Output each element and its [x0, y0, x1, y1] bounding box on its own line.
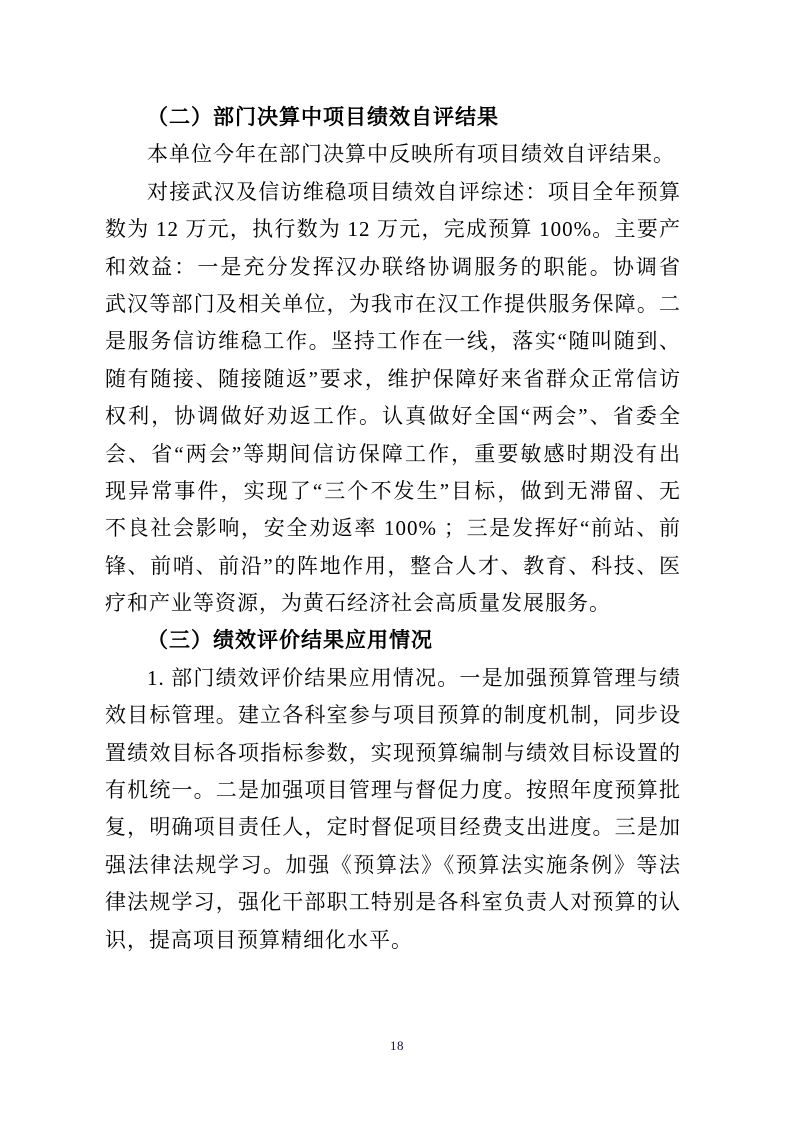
- paragraph-line: 复，明确项目责任人，定时督促项目经费支出进度。三是加: [105, 809, 681, 846]
- paragraph-line: 是服务信访维稳工作。坚持工作在一线，落实“随叫随到、: [105, 323, 681, 360]
- paragraph-line: 本单位今年在部门决算中反映所有项目绩效自评结果。: [105, 136, 681, 173]
- paragraph-line: 效目标管理。建立各科室参与项目预算的制度机制，同步设: [105, 697, 681, 734]
- paragraph-line: 疗和产业等资源，为黄石经济社会高质量发展服务。: [105, 585, 681, 622]
- paragraph-line: 武汉等部门及相关单位，为我市在汉工作提供服务保障。二: [105, 286, 681, 323]
- paragraph-line: 随有随接、随接随返”要求，维护保障好来省群众正常信访: [105, 361, 681, 398]
- paragraph-line: 识，提高项目预算精细化水平。: [105, 922, 681, 959]
- document-page: （二）部门决算中项目绩效自评结果 本单位今年在部门决算中反映所有项目绩效自评结果…: [0, 0, 794, 1123]
- paragraph-line: 锋、前哨、前沿”的阵地作用，整合人才、教育、科技、医: [105, 548, 681, 585]
- page-number: 18: [0, 1038, 794, 1054]
- paragraph-line: 现异常事件，实现了“三个不发生”目标，做到无滞留、无: [105, 473, 681, 510]
- section-heading-3: （三）绩效评价结果应用情况: [105, 622, 681, 659]
- paragraph-line: 有机统一。二是加强项目管理与督促力度。按照年度预算批: [105, 772, 681, 809]
- paragraph-line: 不良社会影响，安全劝返率 100% ；三是发挥好“前站、前: [105, 510, 681, 547]
- section-heading-2: （二）部门决算中项目绩效自评结果: [105, 99, 681, 136]
- paragraph-line: 对接武汉及信访维稳项目绩效自评综述：项目全年预算: [105, 174, 681, 211]
- paragraph-line: 权利，协调做好劝返工作。认真做好全国“两会”、省委全: [105, 398, 681, 435]
- paragraph-line: 会、省“两会”等期间信访保障工作，重要敏感时期没有出: [105, 436, 681, 473]
- paragraph-line: 律法规学习，强化干部职工特别是各科室负责人对预算的认: [105, 884, 681, 921]
- document-body: （二）部门决算中项目绩效自评结果 本单位今年在部门决算中反映所有项目绩效自评结果…: [105, 99, 681, 959]
- paragraph-line: 强法律法规学习。加强《预算法》《预算法实施条例》等法: [105, 847, 681, 884]
- paragraph-line: 置绩效目标各项指标参数，实现预算编制与绩效目标设置的: [105, 735, 681, 772]
- paragraph-line: 1. 部门绩效评价结果应用情况。一是加强预算管理与绩: [105, 660, 681, 697]
- paragraph-line: 和效益：一是充分发挥汉办联络协调服务的职能。协调省直、: [105, 249, 681, 286]
- paragraph-line: 数为 12 万元，执行数为 12 万元，完成预算 100%。主要产出: [105, 211, 681, 248]
